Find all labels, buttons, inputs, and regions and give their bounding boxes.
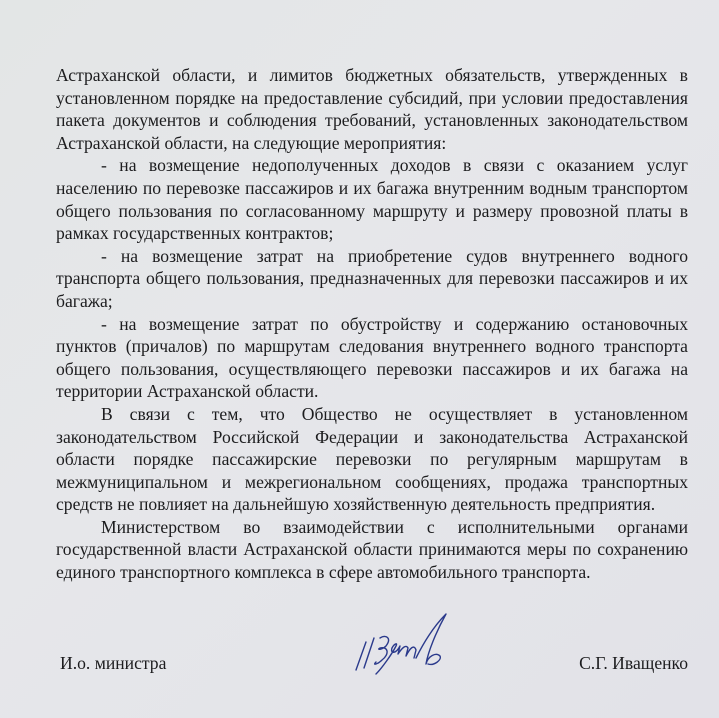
paragraph-vessel-purchase-compensation: - на возмещение затрат на приобретение с… <box>56 245 688 313</box>
document-body: Астраханской области, и лимитов бюджетны… <box>56 64 688 584</box>
signature-block: И.о. министра С.Г. Иващенко <box>56 608 688 678</box>
paragraph-lost-income-compensation: - на возмещение недополученных доходов в… <box>56 154 688 244</box>
signatory-title: И.о. министра <box>60 653 166 674</box>
paragraph-ministry-measures: Министерством во взаимодействии с исполн… <box>56 516 688 584</box>
paragraph-pier-maintenance-compensation: - на возмещение затрат по обустройству и… <box>56 313 688 403</box>
paragraph-vehicle-sale: В связи с тем, что Общество не осуществл… <box>56 403 688 516</box>
paragraph-funding-limits: Астраханской области, и лимитов бюджетны… <box>56 64 688 154</box>
handwritten-signature-icon <box>336 608 476 678</box>
signatory-name: С.Г. Иващенко <box>579 653 688 674</box>
